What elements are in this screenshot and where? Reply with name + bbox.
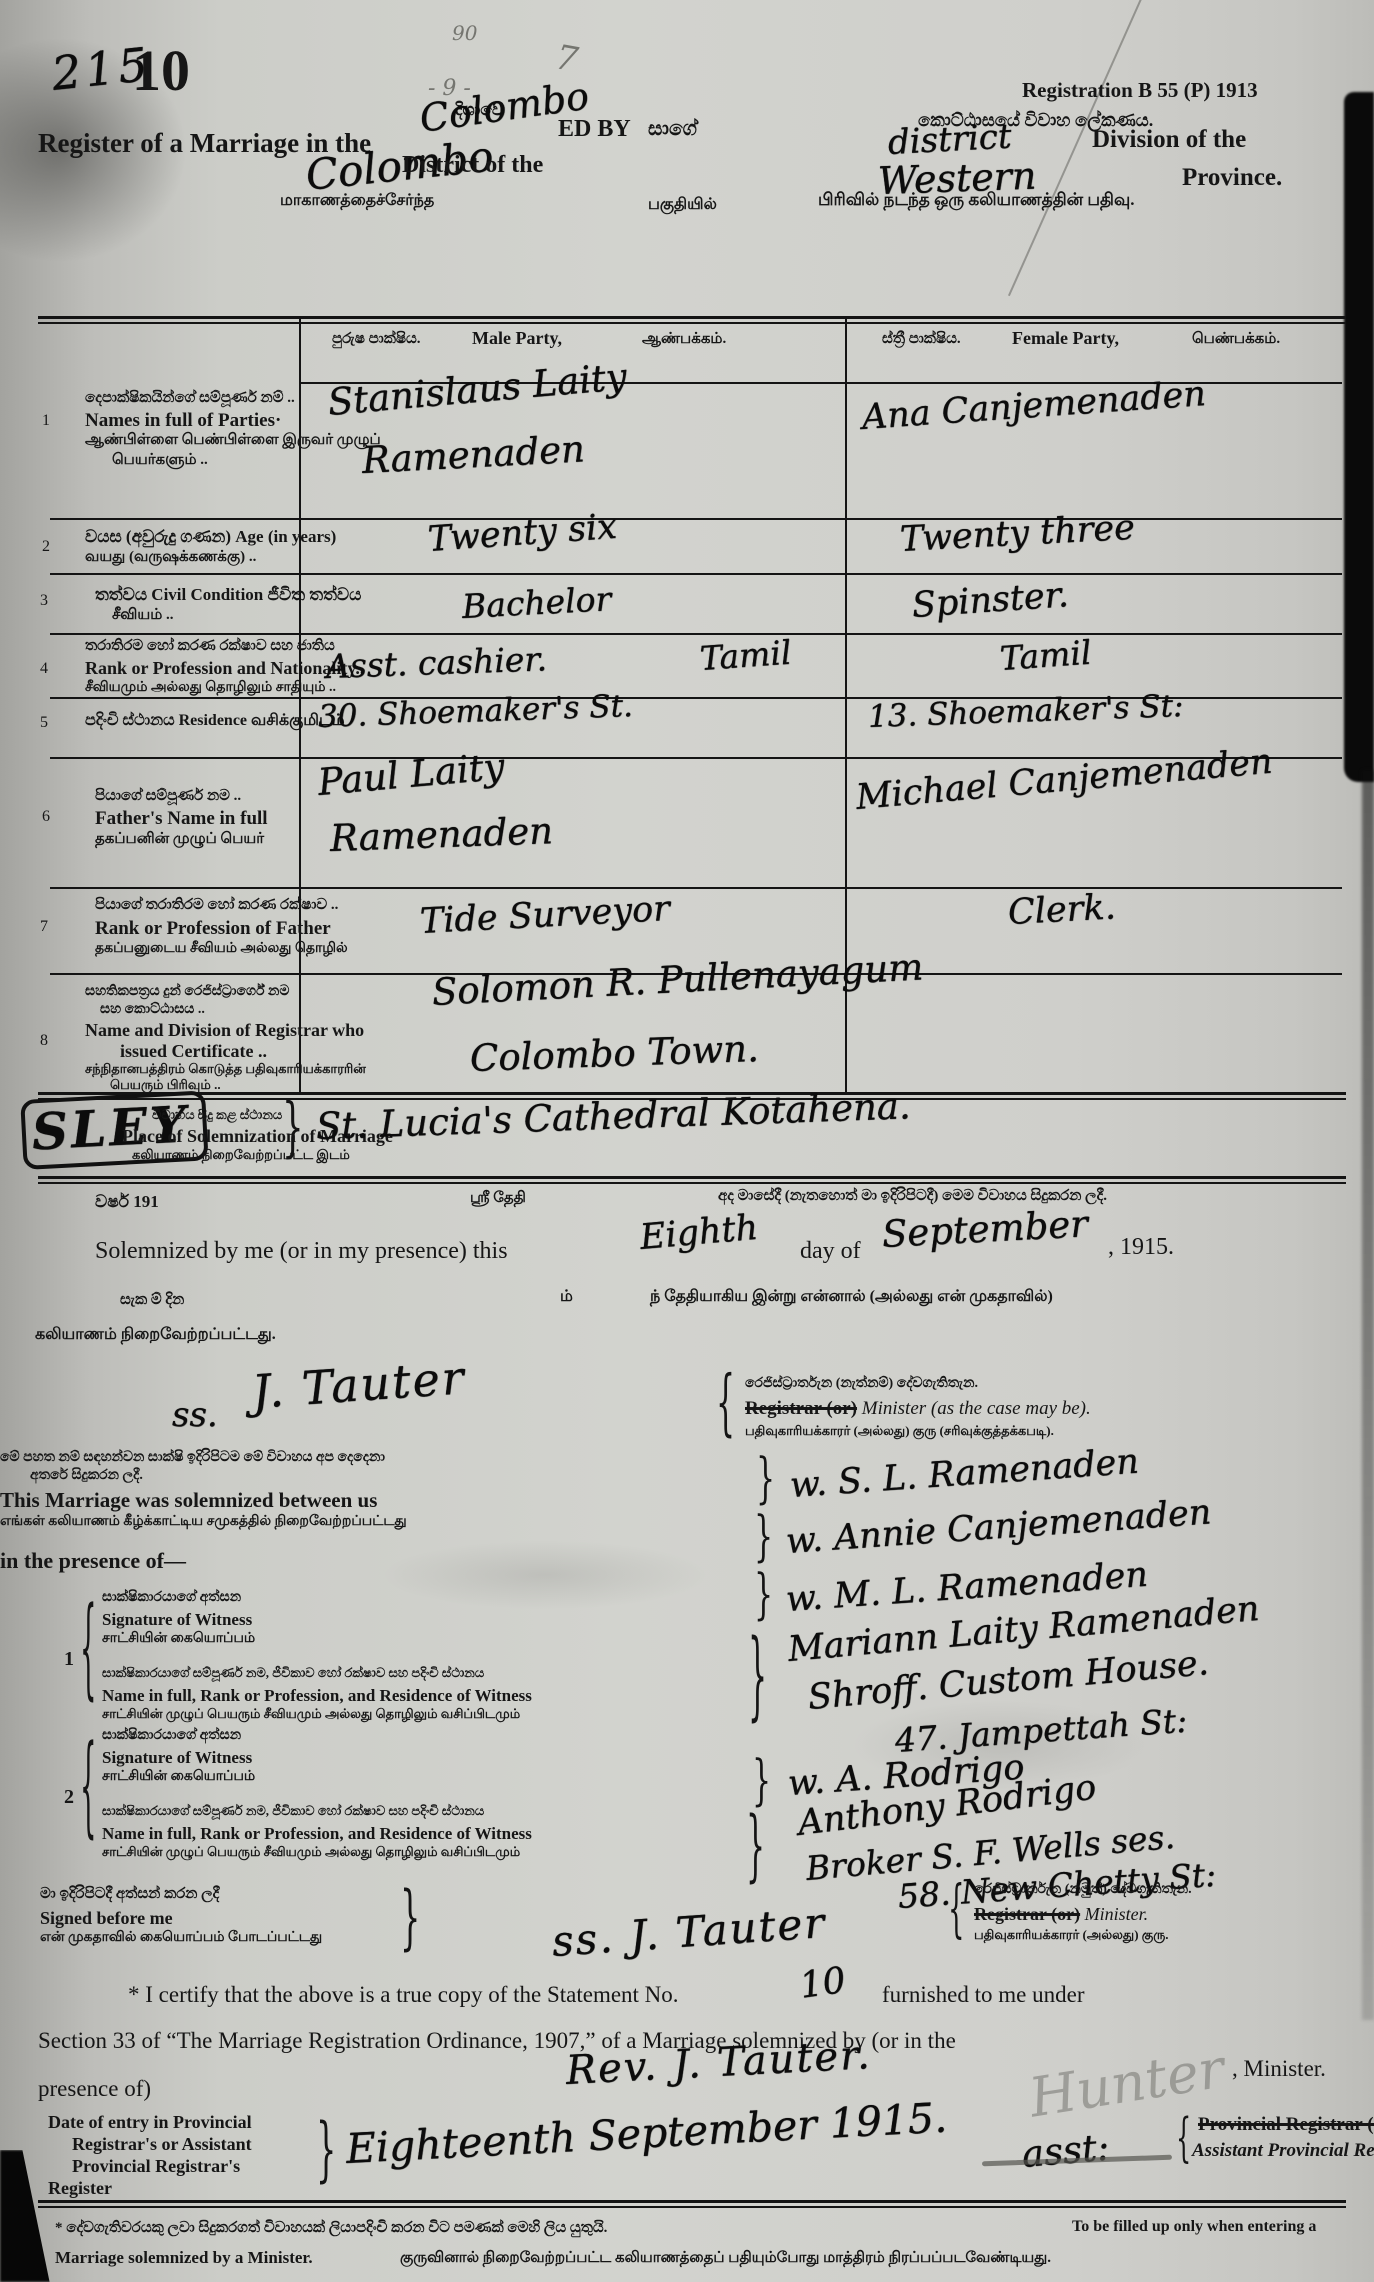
marriage-solemnized-between-us: This Marriage was solemnized between us xyxy=(0,1488,377,1512)
witness2-brace: } xyxy=(746,1802,765,1893)
groom-name-line1: Stanislaus Laity xyxy=(326,356,628,425)
serial-number-printed: 10 xyxy=(132,38,190,105)
row4-label-en: Rank or Profession and Nationality.. xyxy=(85,658,364,679)
witness1-signature-label-en: Signature of Witness xyxy=(102,1610,252,1630)
row-separator xyxy=(50,887,1342,889)
row8-label-en2: issued Certificate .. xyxy=(120,1041,267,1062)
minister-as-case-may-be: Minister (as the case may be). xyxy=(862,1398,1091,1419)
registration-reference: Registration B 55 (P) 1913 xyxy=(1022,78,1258,102)
footer-tamil-note: குருவினால் நிறைவேற்றப்பட்ட கலியாணத்தைப் … xyxy=(400,2250,1051,2267)
sinhala-date-right: අද මාසේදී (නැතහොත් මා ඉදිරිපිටදී) මෙම වි… xyxy=(718,1188,1107,1205)
solemnized-si-line: සැක ම් දින xyxy=(120,1292,184,1309)
sig-brace: } xyxy=(754,1506,773,1569)
groom-civil-condition: Bachelor xyxy=(461,580,612,626)
certify-line3b: , Minister. xyxy=(1232,2056,1326,2082)
row8-label-si2: සහ කොට්ඨාසය .. xyxy=(100,1002,205,1018)
entry-label-line1: Date of entry in Provincial xyxy=(48,2112,252,2133)
row-number: 4 xyxy=(40,660,48,678)
groom-profession: Asst. cashier. xyxy=(325,640,547,686)
certify-line1a: * I certify that the above is a true cop… xyxy=(128,1982,679,2008)
year-191-label: වර්ෂ 191 xyxy=(95,1192,159,1212)
entry-label-line2: Registrar's or Assistant xyxy=(72,2134,252,2155)
witness1-label-brace: { xyxy=(80,1588,97,1714)
row-number: 7 xyxy=(40,918,48,936)
place-row-label-ta: கலியாணம் நிறைவேற்றப்பட்ட இடம் xyxy=(132,1148,350,1163)
groom-father-profession: Tide Surveyor xyxy=(419,889,671,942)
header-tamil-district-line: மாகாணத்தைச்சேர்ந்த xyxy=(280,192,434,210)
row7-label-ta: தகப்பனுடைய சீவியம் அல்லது தொழில் xyxy=(95,941,348,957)
row-number: 1 xyxy=(42,412,50,430)
row2-label: වයස (අවුරුදු ගණන) Age (in years) xyxy=(85,527,336,547)
place-row-label-si: විවාහය සිදු කළ ස්ථානය xyxy=(152,1108,282,1123)
witness2-name-label-ta: சாட்சியின் முழுப் பெயரும் சீவியமும் அல்ல… xyxy=(102,1845,520,1860)
male-party-header-si: පුරුෂ පාක්ෂිය. xyxy=(332,331,421,348)
row-number: 2 xyxy=(42,538,50,556)
header-tamil-of-the: பகுதியில் xyxy=(648,196,717,214)
row8-label-ta2: பெயரும் பிரிவும் .. xyxy=(110,1078,221,1093)
sig-brace: } xyxy=(756,1448,775,1511)
witness1-signature-label-si: සාක්ෂිකාරයාගේ අත්සන xyxy=(102,1590,241,1606)
row4-label-si: තරාතිරම හෝ කරණ රක්ෂාව සහ ජාතිය xyxy=(85,638,335,655)
row1-label-si: දෙපාක්ෂිකයින්ගේ සම්පූර්ණ නම් .. xyxy=(85,390,295,407)
certify-line3a: presence of) xyxy=(38,2076,151,2102)
header-tamil-division-line: பிரிவில் நடந்த ஒரு கலியாணத்தின் பதிவு. xyxy=(818,190,1134,210)
between-si-line2: අතරේ සිදුකරන ලදී. xyxy=(30,1468,143,1484)
witness2-signature-label-en: Signature of Witness xyxy=(102,1748,252,1768)
bride-civil-condition: Spinster. xyxy=(911,575,1070,626)
solemnized-ta-line2: கலியாணம் நிறைவேற்றப்பட்டது. xyxy=(35,1326,276,1344)
bride-father-name: Michael Canjemenaden xyxy=(854,742,1274,819)
groom-nationality: Tamil xyxy=(699,634,793,678)
groom-residence: 30. Shoemaker's St. xyxy=(317,689,633,736)
footer-english-note-2: Marriage solemnized by a Minister. xyxy=(55,2248,313,2268)
province-label: Province. xyxy=(1182,164,1282,193)
signed-before-brace: } xyxy=(400,1875,420,1959)
witness2-label-brace: { xyxy=(80,1726,97,1852)
officiant-signature-prefix: ss. xyxy=(172,1396,218,1435)
table-top-rule-1 xyxy=(38,316,1346,319)
row7-label-si: පියාගේ තරාතිරම හෝ කරණ රක්ෂාව .. xyxy=(95,897,338,914)
female-party-header-ta: பெண்பக்கம். xyxy=(1192,331,1280,348)
witness2-name-label-si: සාක්ෂිකාරයාගේ සම්පූර්ණ නම, ජීවිකාව හෝ රක… xyxy=(102,1804,484,1819)
minister-label-2: Minister. xyxy=(1085,1904,1149,1924)
registrar-or-struck-2: Registrar (or) xyxy=(974,1904,1080,1924)
entry-date-value: Eighteenth September 1915. xyxy=(345,2095,948,2174)
groom-age: Twenty six xyxy=(427,507,619,560)
row-number: 3 xyxy=(40,592,48,610)
entry-right-brace: { xyxy=(1176,2107,1191,2169)
in-the-presence-of: in the presence of— xyxy=(0,1548,186,1573)
registrar-division: Colombo Town. xyxy=(469,1028,759,1081)
place-row-bottom-rule-1 xyxy=(38,1176,1346,1179)
assistant-provincial-registrar-label: Assistant Provincial Registrar. xyxy=(1192,2140,1374,2162)
row3-label: තත්වය Civil Condition ජීවිත තත්වය xyxy=(95,585,361,605)
place-row-bottom-rule-2 xyxy=(38,1182,1346,1184)
witness2-name-label-en: Name in full, Rank or Profession, and Re… xyxy=(102,1824,532,1844)
bride-residence: 13. Shoemaker's St: xyxy=(867,689,1184,736)
row6-label-ta: தகப்பனின் முழுப் பெயர் xyxy=(95,831,264,848)
day-of-label: day of xyxy=(800,1238,861,1266)
row8-label-en: Name and Division of Registrar who xyxy=(85,1020,364,1041)
minister-block-brace: { xyxy=(716,1362,735,1446)
provincial-registrar-struck: Provincial Registrar (or) xyxy=(1198,2114,1374,2136)
witness2-signature-label-ta: சாட்சியின் கையொப்பம் xyxy=(102,1769,255,1785)
footer-sinhala-note: * දේවගැතිවරයකු ලවා සිදුකරගත් විවාහයක් ලි… xyxy=(55,2220,607,2237)
minister-block-line: Registrar (or) Minister (as the case may… xyxy=(745,1398,1091,1420)
groom-father-name-line2: Ramenaden xyxy=(329,810,553,860)
row-separator xyxy=(50,633,1342,635)
minister-block-ta: பதிவுகாரியக்காரர் (அல்லது) குரு (சரிவுக்… xyxy=(745,1424,1054,1439)
male-party-header: Male Party, xyxy=(472,328,562,349)
pencil-mark-top: 90 xyxy=(452,22,477,45)
witness2-signature-label-si: සාක්ෂිකාරයාගේ අත්සන xyxy=(102,1728,241,1744)
female-party-header-si: ස්ත්‍රී පාක්ෂිය. xyxy=(882,331,961,348)
minister-block2-si: රෙජිස්ට්‍රාර්තැන (නමුත්) දේවගැතිතැන. xyxy=(974,1882,1192,1898)
witness1-signature-label-ta: சாட்சியின் கையொப்பம் xyxy=(102,1631,255,1647)
witness1-name-label-si: සාක්ෂිකාරයාගේ සම්පූර්ණ නම, ජීවිකාව හෝ රක… xyxy=(102,1666,484,1681)
sig-brace: } xyxy=(754,1564,773,1627)
registrar-name: Solomon R. Pullenayagum xyxy=(431,946,924,1014)
entry-label-line4: Register xyxy=(48,2178,112,2199)
witness2-number: 2 xyxy=(64,1786,74,1809)
signed-before-me-si: මා ඉදිරිපිටදී අත්සන් කරන ලදී xyxy=(40,1886,219,1903)
footer-english-note-1: To be filled up only when entering a xyxy=(1072,2218,1316,2236)
row6-label-si: පියාගේ සම්පූර්ණ නම .. xyxy=(95,788,241,805)
row4-label-ta: சீவியமும் அல்லது தொழிலும் சாதியும் .. xyxy=(85,680,336,696)
registrar-or-struck: Registrar (or) xyxy=(745,1398,857,1419)
male-party-header-ta: ஆண்பக்கம். xyxy=(642,331,726,348)
row-number: 5 xyxy=(40,714,48,732)
solemnized-day-value: Eighth xyxy=(638,1208,759,1258)
statement-number: 10 xyxy=(797,1960,848,2007)
between-ta-line: எங்கள் கலியாணம் கீழ்க்காட்டிய சமுகத்தில்… xyxy=(0,1514,407,1530)
row5-label: පදිංචි ස්ථානය Residence வசிக்குமிடம் xyxy=(85,712,345,730)
signed-before-me-ta: என் முகதாவில் கையொப்பம் போடப்பட்டது xyxy=(40,1930,322,1946)
witness1-name-label-ta: சாட்சியின் முழுப் பெயரும் சீவியமும் அல்ல… xyxy=(102,1707,520,1722)
tamil-date-mid: ஸ்ரீ தேதி xyxy=(470,1190,526,1207)
year-1915-label: , 1915. xyxy=(1108,1234,1174,1262)
solemnized-month-value: September xyxy=(881,1203,1089,1256)
officiant-signature: J. Tauter xyxy=(250,1351,467,1419)
bride-age: Twenty three xyxy=(899,508,1136,560)
witness1-name-label-en: Name in full, Rank or Profession, and Re… xyxy=(102,1686,532,1706)
solemnized-ta-line: ந் தேதியாகிய இன்று என்னால் (அல்லது என் ம… xyxy=(650,1288,1053,1306)
bride-father-profession: Clerk. xyxy=(1007,887,1117,933)
ink-smudge xyxy=(380,1540,710,1610)
groom-signature: w. S. L. Ramenaden xyxy=(789,1442,1140,1507)
row8-label-ta: சந்நிதானபத்திரம் கொடுத்த பதிவுகாரியக்கார… xyxy=(85,1062,366,1077)
division-of-the-label: Division of the xyxy=(1092,126,1246,155)
solemnized-by-me-label: Solemnized by me (or in my presence) thi… xyxy=(95,1238,508,1266)
footer-rule-1 xyxy=(38,2200,1346,2203)
footer-rule-2 xyxy=(38,2206,1346,2208)
minister-block-si: රෙජිස්ට්‍රාර්තැන (නැත්නම්) දේවගැතිතැන. xyxy=(745,1376,978,1392)
row-number: 6 xyxy=(42,808,50,826)
certify-line1b: furnished to me under xyxy=(882,1982,1084,2008)
place-row-brace: } xyxy=(282,1090,304,1166)
scan-right-edge-band xyxy=(1344,92,1374,782)
row-separator xyxy=(50,573,1342,575)
row7-label-en: Rank or Profession of Father xyxy=(95,918,331,940)
bride-signature: w. Annie Canjemenaden xyxy=(785,1492,1213,1562)
entry-initials: asst: xyxy=(1020,2126,1111,2176)
stamp-fragment-sinhala: සාගේ xyxy=(648,118,697,141)
solemnized-ta-mid: ம் xyxy=(560,1288,573,1306)
witness1-number: 1 xyxy=(64,1648,74,1671)
stamp-fragment: ED BY xyxy=(558,116,631,144)
between-si-line1: මේ පහත නම් සඳහන්වන සාක්ෂි ඉදිරිපිටම මේ ව… xyxy=(0,1450,385,1466)
row1-label-en: Names in full of Parties· xyxy=(85,410,281,432)
signed-before-me-label: Signed before me xyxy=(40,1908,173,1929)
row6-label-en: Father's Name in full xyxy=(95,808,268,830)
entry-label-line3: Provincial Registrar's xyxy=(72,2156,240,2177)
district-of-the-label: District of the xyxy=(402,152,543,180)
row1-label-ta: ஆண்பிள்ளை பெண்பிள்ளை இருவர் முழுப் xyxy=(85,432,381,449)
row2-label-ta: வயது (வருஷக்கணக்கு) .. xyxy=(85,549,256,566)
row8-label-si: සහතිකපත්‍රය දුන් රෙජිස්ට්‍රාර්ගේ නම xyxy=(85,984,289,1000)
officiant-signature-2: ss. J. Tauter xyxy=(550,1899,827,1966)
row-separator xyxy=(50,518,1342,520)
female-party-header: Female Party, xyxy=(1012,328,1119,349)
groom-name-line2: Ramenaden xyxy=(361,428,586,482)
witness1-brace: } xyxy=(748,1622,767,1734)
minister-block2-brace: { xyxy=(948,1875,965,1947)
marriage-register-scan: 215 10 90 - 9 - 7 Registration B 55 (P) … xyxy=(0,0,1374,2282)
minister-block2-ta: பதிவுகாரியக்காரர் (அல்லது) குரு. xyxy=(974,1928,1169,1943)
table-top-rule-2 xyxy=(38,322,1346,324)
row-number: 8 xyxy=(40,1032,48,1050)
row3-label-ta: சீவியம் .. xyxy=(112,607,174,624)
groom-father-name-line1: Paul Laity xyxy=(316,746,506,805)
bride-nationality: Tamil xyxy=(999,634,1093,678)
entry-brace: } xyxy=(316,2107,336,2191)
row1-label-ta2: பெயர்களும் .. xyxy=(112,452,208,469)
scan-right-edge-sliver xyxy=(1362,770,1374,2020)
minister-block2-line: Registrar (or) Minister. xyxy=(974,1904,1148,1925)
